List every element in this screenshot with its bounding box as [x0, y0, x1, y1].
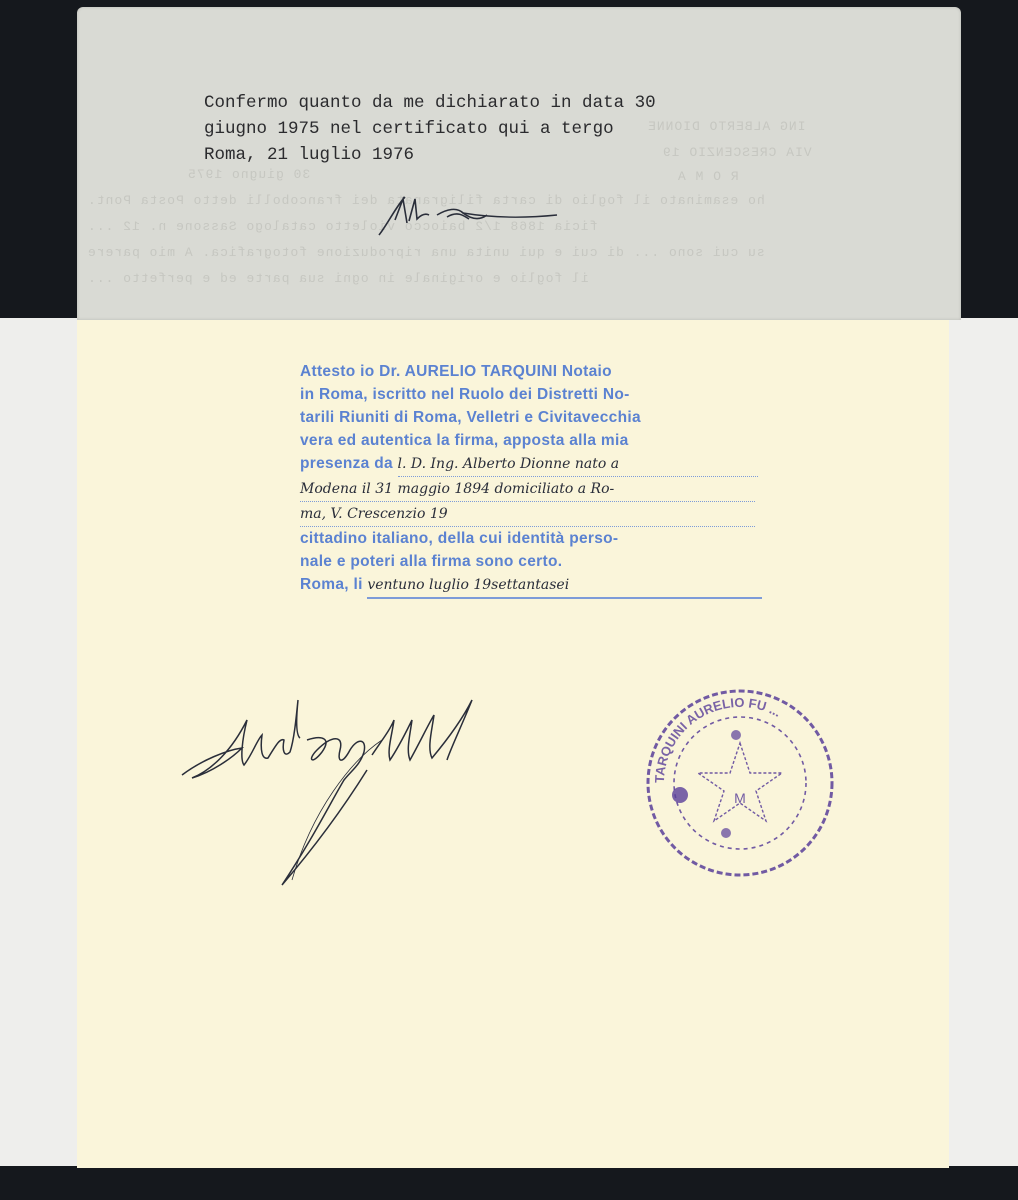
notary-signature	[172, 680, 642, 920]
backing-board-right	[948, 318, 1018, 1166]
showthrough-text: su cui sono ... di cui e qui unita una r…	[87, 245, 765, 260]
backing-board-left	[0, 318, 80, 1166]
date-handwritten: ventuno luglio 19settantasei	[367, 574, 762, 599]
stamp-line: cittadino italiano, della cui identità p…	[300, 527, 770, 550]
birth-handwritten: Modena il 31 maggio 1894 domiciliato a R…	[300, 478, 755, 502]
notary-sheet: Attesto io Dr. AURELIO TARQUINI Notaio i…	[77, 320, 949, 1168]
typed-line: Confermo quanto da me dichiarato in data…	[204, 90, 656, 116]
date-line: Roma, li ventuno luglio 19settantasei	[300, 573, 770, 599]
stamp-line: nale e poteri alla firma sono certo.	[300, 550, 770, 573]
showthrough-text: 30 giugno 1975	[187, 167, 310, 182]
typed-line: Roma, 21 luglio 1976	[204, 142, 656, 168]
showthrough-text: ING ALBERTO DIONNE	[647, 119, 805, 134]
presence-label: presenza da	[300, 455, 393, 472]
notary-stamp: Attesto io Dr. AURELIO TARQUINI Notaio i…	[300, 360, 770, 599]
svg-text:M: M	[734, 790, 746, 806]
confirmation-text: Confermo quanto da me dichiarato in data…	[204, 90, 656, 168]
date-label: Roma, li	[300, 576, 363, 593]
handwritten-line: Modena il 31 maggio 1894 domiciliato a R…	[300, 477, 770, 502]
top-sheet: ING ALBERTO DIONNE VIA CRESCENZIO 19 R O…	[77, 7, 961, 320]
typed-line: giugno 1975 nel certificato qui a tergo	[204, 116, 656, 142]
top-signature	[367, 185, 567, 245]
stamp-line: Attesto io Dr. AURELIO TARQUINI Notaio	[300, 360, 770, 383]
showthrough-text: R O M A	[677, 169, 739, 184]
presence-line: presenza da l. D. Ing. Alberto Dionne na…	[300, 452, 770, 477]
stamp-line: vera ed autentica la firma, apposta alla…	[300, 429, 770, 452]
notary-seal: M TARQUINI AURELIO FU ...	[642, 685, 838, 881]
seal-text: TARQUINI AURELIO FU ...	[652, 695, 784, 783]
address-handwritten: ma, V. Crescenzio 19	[300, 503, 755, 527]
handwritten-line: ma, V. Crescenzio 19	[300, 502, 770, 527]
stamp-line: in Roma, iscritto nel Ruolo dei Distrett…	[300, 383, 770, 406]
presence-handwritten: l. D. Ing. Alberto Dionne nato a	[398, 453, 758, 477]
showthrough-text: il foglio e originale in ogni sua parte …	[87, 271, 589, 286]
showthrough-text: VIA CRESCENZIO 19	[662, 145, 812, 160]
stamp-line: tarili Riuniti di Roma, Velletri e Civit…	[300, 406, 770, 429]
